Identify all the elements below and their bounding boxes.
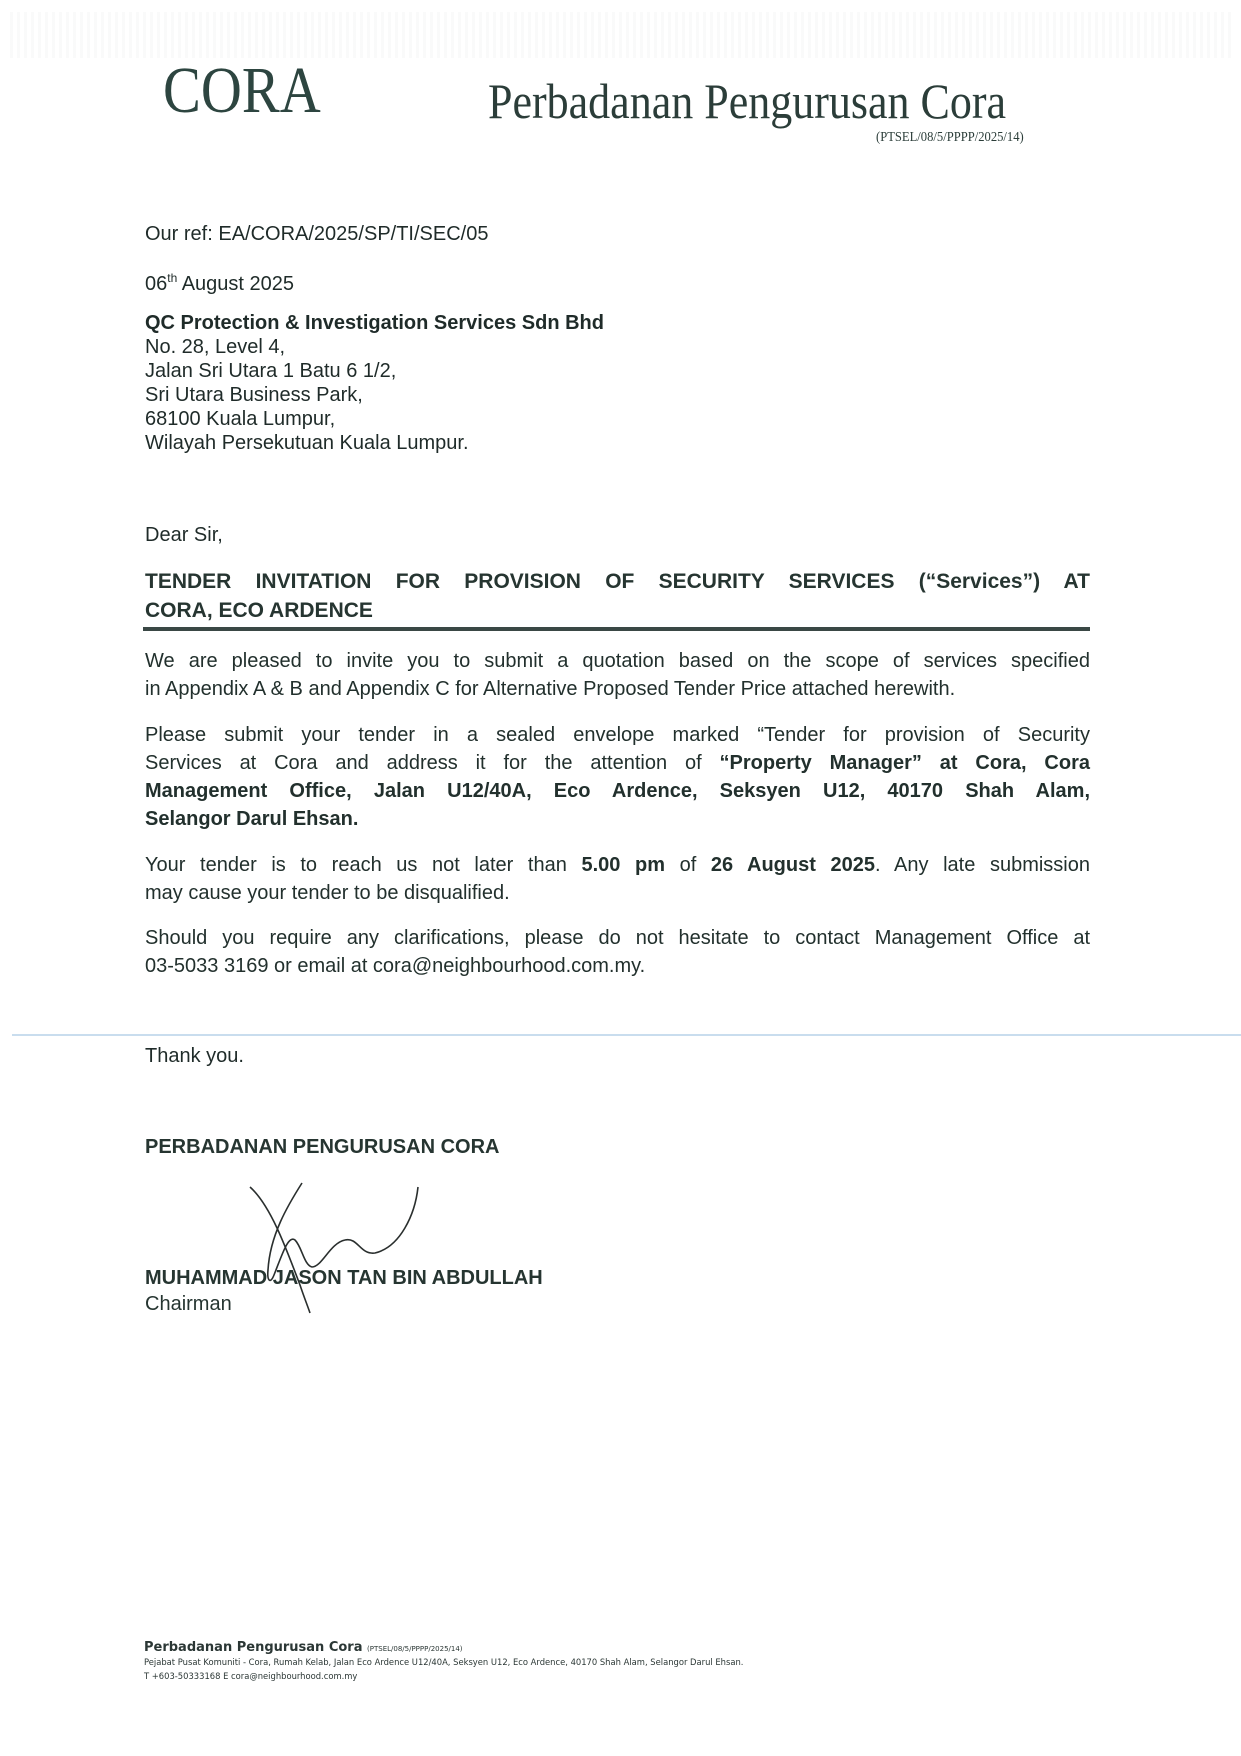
paragraph-text: . Any late submission	[875, 854, 1090, 876]
paragraph-text: Your tender is to reach us not later tha…	[145, 854, 581, 876]
contact-line: 03-5033 3169 or email at cora@neighbourh…	[145, 952, 1090, 980]
paragraph-contact: Should you require any clarifications, p…	[145, 924, 1090, 980]
scan-divider-line	[12, 1034, 1241, 1036]
date-day: 06	[145, 273, 167, 295]
salutation: Dear Sir,	[145, 523, 223, 547]
address-line: No. 28, Level 4,	[145, 335, 604, 359]
paragraph-line: Please submit your tender in a sealed en…	[145, 721, 1090, 749]
footer-contact: T +603-50333168 E cora@neighbourhood.com…	[144, 1669, 743, 1683]
subject-line-1: TENDER INVITATION FOR PROVISION OF SECUR…	[145, 567, 1090, 596]
deadline-time: 5.00 pm	[581, 854, 665, 876]
letterhead-title: Perbadanan Pengurusan Cora	[488, 76, 1006, 126]
paragraph-deadline: Your tender is to reach us not later tha…	[145, 851, 1090, 907]
thank-you: Thank you.	[145, 1044, 244, 1068]
paragraph-text: Services at Cora and address it for the …	[145, 752, 720, 774]
footer-registration: (PTSEL/08/5/PPPP/2025/14)	[367, 1645, 462, 1653]
footer-org: Perbadanan Pengurusan Cora	[144, 1640, 363, 1655]
address-line: 68100 Kuala Lumpur,	[145, 407, 604, 431]
submission-address: Selangor Darul Ehsan.	[145, 805, 1090, 833]
footer: Perbadanan Pengurusan Cora (PTSEL/08/5/P…	[144, 1640, 743, 1683]
footer-title: Perbadanan Pengurusan Cora (PTSEL/08/5/P…	[144, 1640, 743, 1655]
paragraph-submission: Please submit your tender in a sealed en…	[145, 721, 1090, 833]
recipient-name: QC Protection & Investigation Services S…	[145, 311, 604, 335]
address-line: Wilayah Persekutuan Kuala Lumpur.	[145, 431, 604, 455]
deadline-date: 26 August 2025	[711, 854, 875, 876]
paragraph-line: in Appendix A & B and Appendix C for Alt…	[145, 675, 1090, 703]
subject-heading: TENDER INVITATION FOR PROVISION OF SECUR…	[145, 567, 1090, 625]
address-line: Jalan Sri Utara 1 Batu 6 1/2,	[145, 359, 604, 383]
letterhead-registration: (PTSEL/08/5/PPPP/2025/14)	[876, 130, 1024, 146]
paragraph-line: Should you require any clarifications, p…	[145, 924, 1090, 952]
paragraph-line: Your tender is to reach us not later tha…	[145, 851, 1090, 879]
paragraph-text: of	[665, 854, 711, 876]
paragraph-line: We are pleased to invite you to submit a…	[145, 647, 1090, 675]
subject-line-2: CORA, ECO ARDENCE	[145, 599, 373, 622]
paragraph-line: Services at Cora and address it for the …	[145, 749, 1090, 777]
address-line: Sri Utara Business Park,	[145, 383, 604, 407]
paragraph-invitation: We are pleased to invite you to submit a…	[145, 647, 1090, 703]
scan-artifact	[10, 12, 1235, 58]
signer-name: MUHAMMAD JASON TAN BIN ABDULLAH	[145, 1267, 543, 1290]
subject-underline	[143, 627, 1090, 631]
submission-address: Management Office, Jalan U12/40A, Eco Ar…	[145, 777, 1090, 805]
signature-icon	[240, 1175, 440, 1315]
date-month-year: August 2025	[177, 273, 294, 295]
paragraph-line: may cause your tender to be disqualified…	[145, 879, 1090, 907]
letter-date: 06th August 2025	[145, 266, 294, 296]
attention-text: “Property Manager” at Cora, Cora	[720, 752, 1090, 774]
signoff-organization: PERBADANAN PENGURUSAN CORA	[145, 1136, 499, 1159]
cora-logo: CORA	[163, 58, 321, 124]
recipient-address-block: QC Protection & Investigation Services S…	[145, 311, 604, 455]
reference-number: Our ref: EA/CORA/2025/SP/TI/SEC/05	[145, 222, 488, 246]
footer-address: Pejabat Pusat Komuniti - Cora, Rumah Kel…	[144, 1655, 743, 1669]
letter-page: CORA Perbadanan Pengurusan Cora (PTSEL/0…	[0, 0, 1241, 1756]
signer-title: Chairman	[145, 1293, 232, 1316]
date-suffix: th	[167, 271, 177, 285]
